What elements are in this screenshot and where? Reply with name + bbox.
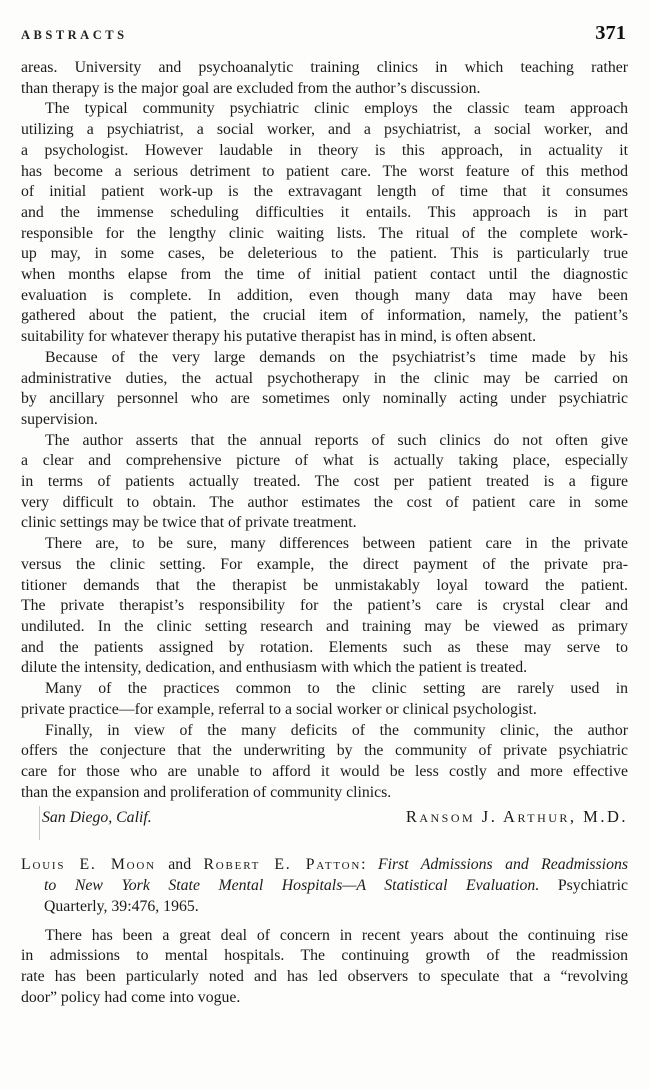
text-line: undiluted. In the clinic setting researc… <box>21 617 628 638</box>
abstract-body-moon-patton: There has been a great deal of concern i… <box>21 926 628 1009</box>
text-line: clinic settings may be twice that of pri… <box>21 513 628 534</box>
text-line: Finally, in view of the many deficits of… <box>21 721 628 742</box>
text-run: and <box>156 856 204 873</box>
byline-row: San Diego, Calif. Ransom J. Arthur, M.D. <box>21 807 628 829</box>
text-line: a psychologist. However laudable in theo… <box>21 141 628 162</box>
abstract-location: San Diego, Calif. <box>21 808 152 829</box>
text-line: to New York State Mental Hospitals—A Sta… <box>21 876 628 897</box>
running-head: ABSTRACTS <box>21 28 128 43</box>
italic-run: First Admissions and Readmissions <box>378 856 628 873</box>
paragraph: Because of the very large demands on the… <box>21 348 628 431</box>
text-line: in terms of patients actually treated. T… <box>21 472 628 493</box>
text-run: Quarterly, 39:476, 1965. <box>44 898 199 915</box>
paragraph: areas. University and psychoanalytic tra… <box>21 58 628 99</box>
text-line: a clear and comprehensive picture of wha… <box>21 451 628 472</box>
paragraph: Many of the practices common to the clin… <box>21 679 628 720</box>
text-line: gathered about the patient, the crucial … <box>21 306 628 327</box>
text-line: supervision. <box>21 410 628 431</box>
text-line: There has been a great deal of concern i… <box>21 926 628 947</box>
text-line: titioner demands that the therapist be u… <box>21 576 628 597</box>
paragraph: Louis E. Moon and Robert E. Patton: Firs… <box>21 855 628 918</box>
paragraph: The typical community psychiatric clinic… <box>21 99 628 347</box>
text-line: Louis E. Moon and Robert E. Patton: Firs… <box>21 855 628 876</box>
text-line: suitability for whatever therapy his put… <box>21 327 628 348</box>
text-line: by ancillary personnel who are sometimes… <box>21 389 628 410</box>
text-line: Because of the very large demands on the… <box>21 348 628 369</box>
text-line: private practice—for example, referral t… <box>21 700 628 721</box>
text-line: Quarterly, 39:476, 1965. <box>21 897 628 918</box>
text-line: of initial patient work-up is the extrav… <box>21 182 628 203</box>
text-run: : <box>361 856 378 873</box>
text-line: The typical community psychiatric clinic… <box>21 99 628 120</box>
text-line: dilute the intensity, dedication, and en… <box>21 658 628 679</box>
text-line: in admissions to mental hospitals. The c… <box>21 946 628 967</box>
small-caps-run: Robert E. Patton <box>203 856 361 873</box>
text-line: areas. University and psychoanalytic tra… <box>21 58 628 79</box>
text-line: than the expansion and proliferation of … <box>21 783 628 804</box>
text-line: utilizing a psychiatrist, a social worke… <box>21 120 628 141</box>
text-line: There are, to be sure, many differences … <box>21 534 628 555</box>
text-line: has become a serious detriment to patien… <box>21 162 628 183</box>
text-line: door” policy had come into vogue. <box>21 988 628 1009</box>
small-caps-run: Louis E. Moon <box>21 856 156 873</box>
paragraph: There has been a great deal of concern i… <box>21 926 628 1009</box>
text-line: when months elapse from the time of init… <box>21 265 628 286</box>
text-line: Many of the practices common to the clin… <box>21 679 628 700</box>
citation-moon-patton: Louis E. Moon and Robert E. Patton: Firs… <box>21 855 628 918</box>
paragraph: There are, to be sure, many differences … <box>21 534 628 679</box>
scan-artifact-line <box>39 806 40 840</box>
abstract-body-arthur: areas. University and psychoanalytic tra… <box>21 58 628 803</box>
abstract-author: Ransom J. Arthur, M.D. <box>406 807 628 828</box>
text-line: than therapy is the major goal are exclu… <box>21 79 628 100</box>
text-line: evaluation is complete. In addition, eve… <box>21 286 628 307</box>
text-run: Psychiatric <box>539 877 628 894</box>
paragraph: The author asserts that the annual repor… <box>21 431 628 535</box>
paragraph: Finally, in view of the many deficits of… <box>21 721 628 804</box>
text-line: responsible for the lengthy clinic waiti… <box>21 224 628 245</box>
text-line: rate has been particularly noted and has… <box>21 967 628 988</box>
page-header: ABSTRACTS 371 <box>0 0 650 45</box>
page-number: 371 <box>595 22 626 45</box>
text-line: up may, in some cases, be deleterious to… <box>21 244 628 265</box>
text-line: care for those who are unable to afford … <box>21 762 628 783</box>
text-line: and the patients assigned by rotation. E… <box>21 638 628 659</box>
text-line: very difficult to obtain. The author est… <box>21 493 628 514</box>
text-line: offers the conjecture that the underwrit… <box>21 741 628 762</box>
italic-run: to New York State Mental Hospitals—A Sta… <box>44 877 539 894</box>
text-line: The author asserts that the annual repor… <box>21 431 628 452</box>
journal-page: ABSTRACTS 371 areas. University and psyc… <box>0 0 650 1090</box>
text-line: administrative duties, the actual psycho… <box>21 369 628 390</box>
text-line: The private therapist’s responsibility f… <box>21 596 628 617</box>
text-line: and the immense scheduling difficulties … <box>21 203 628 224</box>
text-line: versus the clinic setting. For example, … <box>21 555 628 576</box>
